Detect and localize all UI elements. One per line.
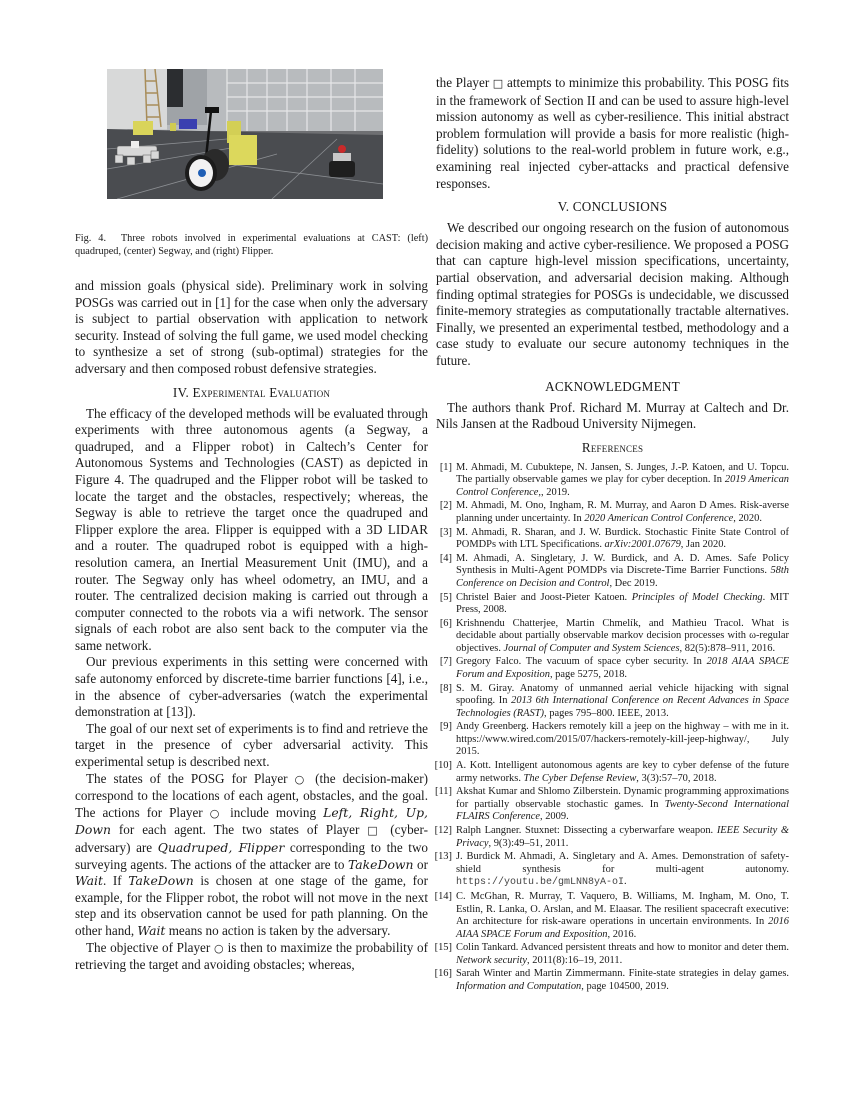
- reference-item: [2]M. Ahmadi, M. Ono, Ingham, R. M. Murr…: [436, 500, 789, 525]
- posg-states-paragraph: The states of the POSG for Player ○ (the…: [75, 771, 428, 940]
- reference-venue: Network security: [456, 955, 527, 966]
- reference-text: Ralph Langner. Stuxnet: Dissecting a cyb…: [456, 825, 717, 836]
- reference-number: [10]: [430, 760, 452, 773]
- reference-text: C. McGhan, R. Murray, T. Vaquero, B. Wil…: [456, 891, 789, 927]
- reference-venue: Principles of Model Checking: [632, 592, 763, 603]
- reference-number: [6]: [430, 618, 452, 631]
- text-run: The objective of Player: [86, 940, 214, 955]
- text-run: The states of the POSG for Player: [86, 771, 295, 786]
- reference-number: [14]: [430, 891, 452, 904]
- reference-text: , Dec 2019.: [609, 578, 657, 589]
- reference-venue: 2020 American Control Conference: [584, 513, 733, 524]
- reference-item: [15]Colin Tankard. Advanced persistent t…: [436, 942, 789, 967]
- intro-paragraph: and mission goals (physical side). Preli…: [75, 278, 428, 378]
- text-run: for each agent. The two states of Player: [111, 822, 367, 837]
- player-circle-icon: ○: [214, 942, 224, 955]
- robots-lab-photo-icon: [107, 69, 383, 199]
- section-heading-acknowledgment: ACKNOWLEDGMENT: [436, 379, 789, 395]
- section-heading-conclusions: V. CONCLUSIONS: [436, 199, 789, 215]
- reference-text: Christel Baier and Joost-Pieter Katoen.: [456, 592, 632, 603]
- text-run: or: [414, 857, 429, 872]
- reference-text: , 2011(8):16–19, 2011.: [527, 955, 622, 966]
- goal-paragraph: The goal of our next set of experiments …: [75, 721, 428, 771]
- math-takedown: TakeDown: [128, 873, 194, 888]
- figure-caption-text: Three robots involved in experimental ev…: [75, 233, 428, 257]
- text-run: the Player: [436, 75, 493, 90]
- reference-item: [16]Sarah Winter and Martin Zimmermann. …: [436, 968, 789, 993]
- references-list: [1]M. Ahmadi, M. Cubuktepe, N. Jansen, S…: [436, 462, 789, 994]
- reference-text: M. Ahmadi, A. Singletary, J. W. Burdick,…: [456, 553, 789, 577]
- text-run: means no action is taken by the adversar…: [165, 923, 390, 938]
- reference-number: [5]: [430, 592, 452, 605]
- reference-text: , 9(3):49–51, 2011.: [488, 838, 568, 849]
- reference-item: [10]A. Kott. Intelligent autonomous agen…: [436, 760, 789, 785]
- reference-number: [11]: [430, 786, 452, 799]
- left-body: and mission goals (physical side). Preli…: [75, 278, 428, 974]
- math-wait: Wait: [75, 873, 103, 888]
- objective-paragraph: The objective of Player ○ is then to max…: [75, 940, 428, 974]
- reference-text: , 3(3):57–70, 2018.: [636, 773, 716, 784]
- reference-item: [6]Krishnendu Chatterjee, Martin Chmelík…: [436, 618, 789, 656]
- reference-text: Colin Tankard. Advanced persistent threa…: [456, 942, 789, 953]
- previous-experiments-paragraph: Our previous experiments in this setting…: [75, 654, 428, 720]
- player-circle-icon: ○: [210, 807, 223, 820]
- reference-item: [1]M. Ahmadi, M. Cubuktepe, N. Jansen, S…: [436, 462, 789, 500]
- reference-item: [14]C. McGhan, R. Murray, T. Vaquero, B.…: [436, 891, 789, 941]
- reference-item: [5]Christel Baier and Joost-Pieter Katoe…: [436, 592, 789, 617]
- reference-text: , 82(5):878–911, 2016.: [680, 643, 776, 654]
- reference-number: [7]: [430, 656, 452, 669]
- reference-number: [8]: [430, 683, 452, 696]
- reference-text: Sarah Winter and Martin Zimmermann. Fini…: [456, 968, 789, 979]
- reference-item: [7]Gregory Falco. The vacuum of space cy…: [436, 656, 789, 681]
- continuation-paragraph: the Player □ attempts to minimize this p…: [436, 75, 789, 192]
- reference-venue: arXiv:2001.07679: [605, 539, 681, 550]
- reference-number: [13]: [430, 851, 452, 864]
- text-run: attempts to minimize this probability. T…: [436, 75, 789, 191]
- reference-number: [1]: [430, 462, 452, 475]
- conclusions-paragraph: We described our ongoing research on the…: [436, 220, 789, 369]
- math-wait: Wait: [137, 923, 165, 938]
- reference-number: [2]: [430, 500, 452, 513]
- reference-number: [3]: [430, 527, 452, 540]
- reference-venue: The Cyber Defense Review: [524, 773, 637, 784]
- reference-number: [15]: [430, 942, 452, 955]
- section-title: Experimental Evaluation: [193, 385, 331, 400]
- reference-item: [8]S. M. Giray. Anatomy of unmanned aeri…: [436, 683, 789, 721]
- reference-item: [9]Andy Greenberg. Hackers remotely kill…: [436, 721, 789, 759]
- reference-item: [12]Ralph Langner. Stuxnet: Dissecting a…: [436, 825, 789, 850]
- reference-text: , pages 795–800. IEEE, 2013.: [544, 708, 669, 719]
- reference-item: [4]M. Ahmadi, A. Singletary, J. W. Burdi…: [436, 553, 789, 591]
- right-body: the Player □ attempts to minimize this p…: [436, 75, 789, 995]
- reference-number: [9]: [430, 721, 452, 734]
- reference-text: , page 104500, 2019.: [581, 981, 669, 992]
- reference-text: Gregory Falco. The vacuum of space cyber…: [456, 656, 707, 667]
- reference-item: [3]M. Ahmadi, R. Sharan, and J. W. Burdi…: [436, 527, 789, 552]
- text-run: . If: [103, 873, 128, 888]
- section-heading-experimental-evaluation: IV. Experimental Evaluation: [75, 385, 428, 401]
- reference-text: Andy Greenberg. Hackers remotely kill a …: [456, 721, 789, 757]
- reference-item: [13]J. Burdick M. Ahmadi, A. Singletary …: [436, 851, 789, 890]
- reference-link[interactable]: https://youtu.be/gmLNN8yA-oI: [456, 877, 624, 888]
- section-number: IV.: [173, 385, 189, 400]
- efficacy-paragraph: The efficacy of the developed methods wi…: [75, 406, 428, 655]
- reference-text: , page 5275, 2018.: [550, 669, 627, 680]
- reference-text: , 2009.: [540, 811, 569, 822]
- reference-number: [16]: [430, 968, 452, 981]
- math-states: Quadruped, Flipper: [158, 840, 284, 855]
- math-takedown: TakeDown: [348, 857, 414, 872]
- reference-text: .: [624, 876, 627, 887]
- figure-label: Fig. 4.: [75, 233, 106, 244]
- section-heading-references: References: [436, 440, 789, 456]
- reference-venue: Journal of Computer and System Sciences: [504, 643, 680, 654]
- reference-text: , 2020.: [733, 513, 762, 524]
- player-square-icon: □: [493, 77, 504, 90]
- figure-4-photo: [107, 69, 383, 199]
- reference-text: J. Burdick M. Ahmadi, A. Singletary and …: [456, 851, 789, 875]
- reference-venue: Information and Computation: [456, 981, 581, 992]
- reference-number: [12]: [430, 825, 452, 838]
- text-run: include moving: [223, 805, 323, 820]
- acknowledgment-paragraph: The authors thank Prof. Richard M. Murra…: [436, 400, 789, 433]
- reference-item: [11]Akshat Kumar and Shlomo Zilberstein.…: [436, 786, 789, 824]
- player-circle-icon: ○: [295, 773, 308, 786]
- reference-text: , 2019.: [541, 487, 570, 498]
- reference-text: , 2016.: [608, 929, 637, 940]
- player-square-icon: □: [367, 824, 382, 837]
- reference-number: [4]: [430, 553, 452, 566]
- reference-text: , Jan 2020.: [681, 539, 726, 550]
- figure-4-caption: Fig. 4. Three robots involved in experim…: [75, 233, 428, 259]
